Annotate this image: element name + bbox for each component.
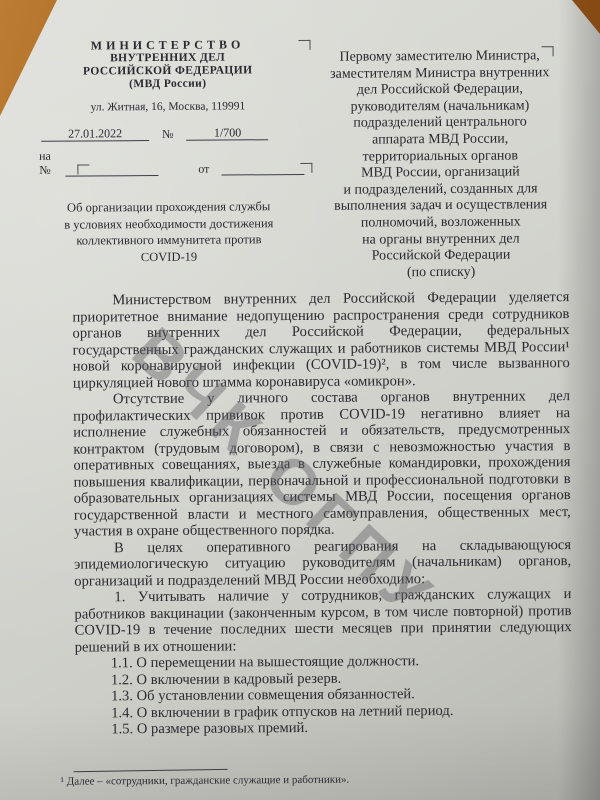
ministry-name-line4: (МВД России)	[32, 77, 304, 92]
from-label: от	[198, 162, 209, 176]
reference-row: на № от	[32, 147, 304, 177]
body-paragraph: Отсутствие у личного состава органов вну…	[73, 388, 571, 540]
document-subject: Об организации прохождения службы в усло…	[33, 198, 305, 266]
body-paragraph: Министерством внутренних дел Российской …	[72, 289, 570, 391]
list-item: 1.5. О размере разовых премий.	[75, 718, 572, 738]
addressee-block: Первому заместителю Министра, заместител…	[316, 48, 566, 282]
footnote-text: ¹ Далее – «сотрудники, гражданские служа…	[61, 772, 581, 789]
date-number-row: 27.01.2022 № 1/700	[32, 125, 304, 142]
on-number-label: на №	[32, 149, 57, 177]
footnote-rule	[74, 769, 228, 772]
body-paragraph: В целях оперативного реагирования на скл…	[74, 537, 571, 590]
document-body: Министерством внутренних дел Российской …	[72, 289, 572, 738]
document-content: МИНИСТЕРСТВО ВНУТРЕННИХ ДЕЛ РОССИЙСКОЙ Ф…	[0, 0, 600, 800]
reference-date-blank	[221, 160, 304, 176]
document-number: 1/700	[187, 125, 269, 141]
footnote: ¹ Далее – «сотрудники, гражданские служа…	[61, 767, 581, 789]
number-label: №	[162, 127, 174, 141]
letterhead: МИНИСТЕРСТВО ВНУТРЕННИХ ДЕЛ РОССИЙСКОЙ Ф…	[31, 38, 305, 266]
ministry-address: ул. Житная, 16, Москва, 119991	[32, 100, 304, 114]
document-date: 27.01.2022	[41, 126, 149, 142]
photo-stage: МИНИСТЕРСТВО ВНУТРЕННИХ ДЕЛ РОССИЙСКОЙ Ф…	[0, 0, 600, 800]
reference-number-blank	[66, 161, 159, 177]
document-paper: МИНИСТЕРСТВО ВНУТРЕННИХ ДЕЛ РОССИЙСКОЙ Ф…	[0, 0, 600, 800]
body-paragraph: 1. Учитывать наличие у сотрудников, граж…	[74, 586, 571, 655]
